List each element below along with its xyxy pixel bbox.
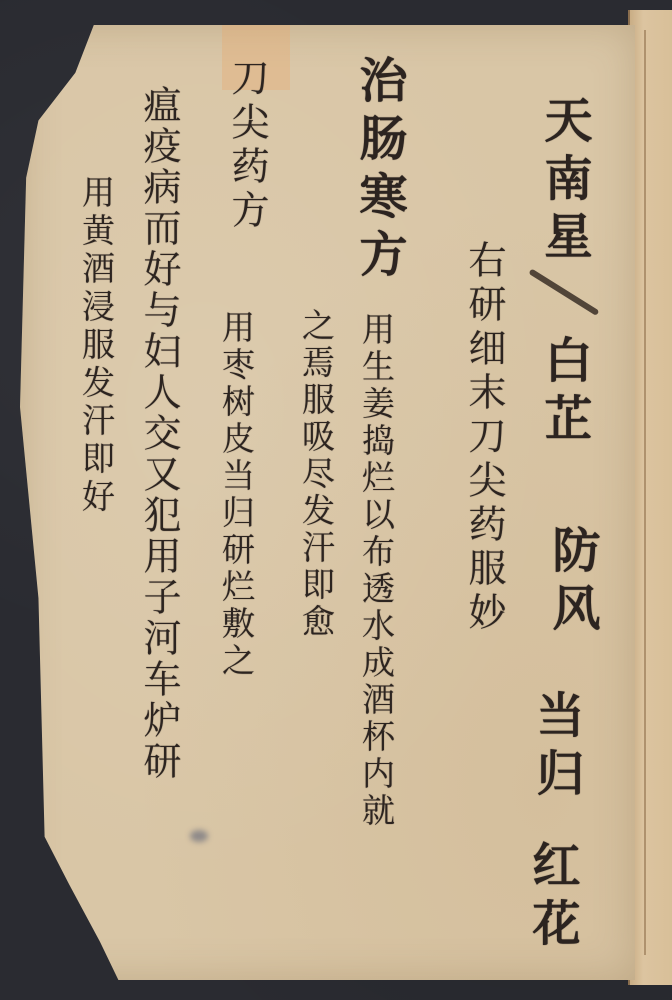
ingredient-fangfeng: 防风	[548, 525, 596, 641]
recipe-ginger-cont: 之焉服吸尽发汗即愈	[300, 308, 333, 641]
recipe-plague: 瘟疫病而好与妇人交又犯用子河车炉研	[140, 85, 178, 782]
recipe-ginger-text: 用生姜捣烂以布透水成酒杯内就	[360, 312, 393, 830]
heading-blade-medicine: 刀尖药方	[228, 58, 266, 234]
recipe-jujube-bark: 用枣树皮当归研烂敷之	[220, 310, 253, 680]
ink-smudge	[190, 830, 208, 842]
binding-fold	[644, 30, 646, 955]
heading-intestinal-cold: 治肠寒方	[355, 55, 403, 287]
ingredient-tiannanxing: 天南星	[540, 95, 588, 269]
recipe-yellow-wine: 用黄酒浸服发汗即好	[80, 175, 113, 517]
ingredient-honghua: 红花	[528, 840, 576, 956]
instruction-grind: 右研细末刀尖药服妙	[465, 240, 503, 636]
ingredient-danggui: 当归	[532, 690, 580, 806]
ingredient-baizhi: 白芷	[540, 335, 588, 451]
